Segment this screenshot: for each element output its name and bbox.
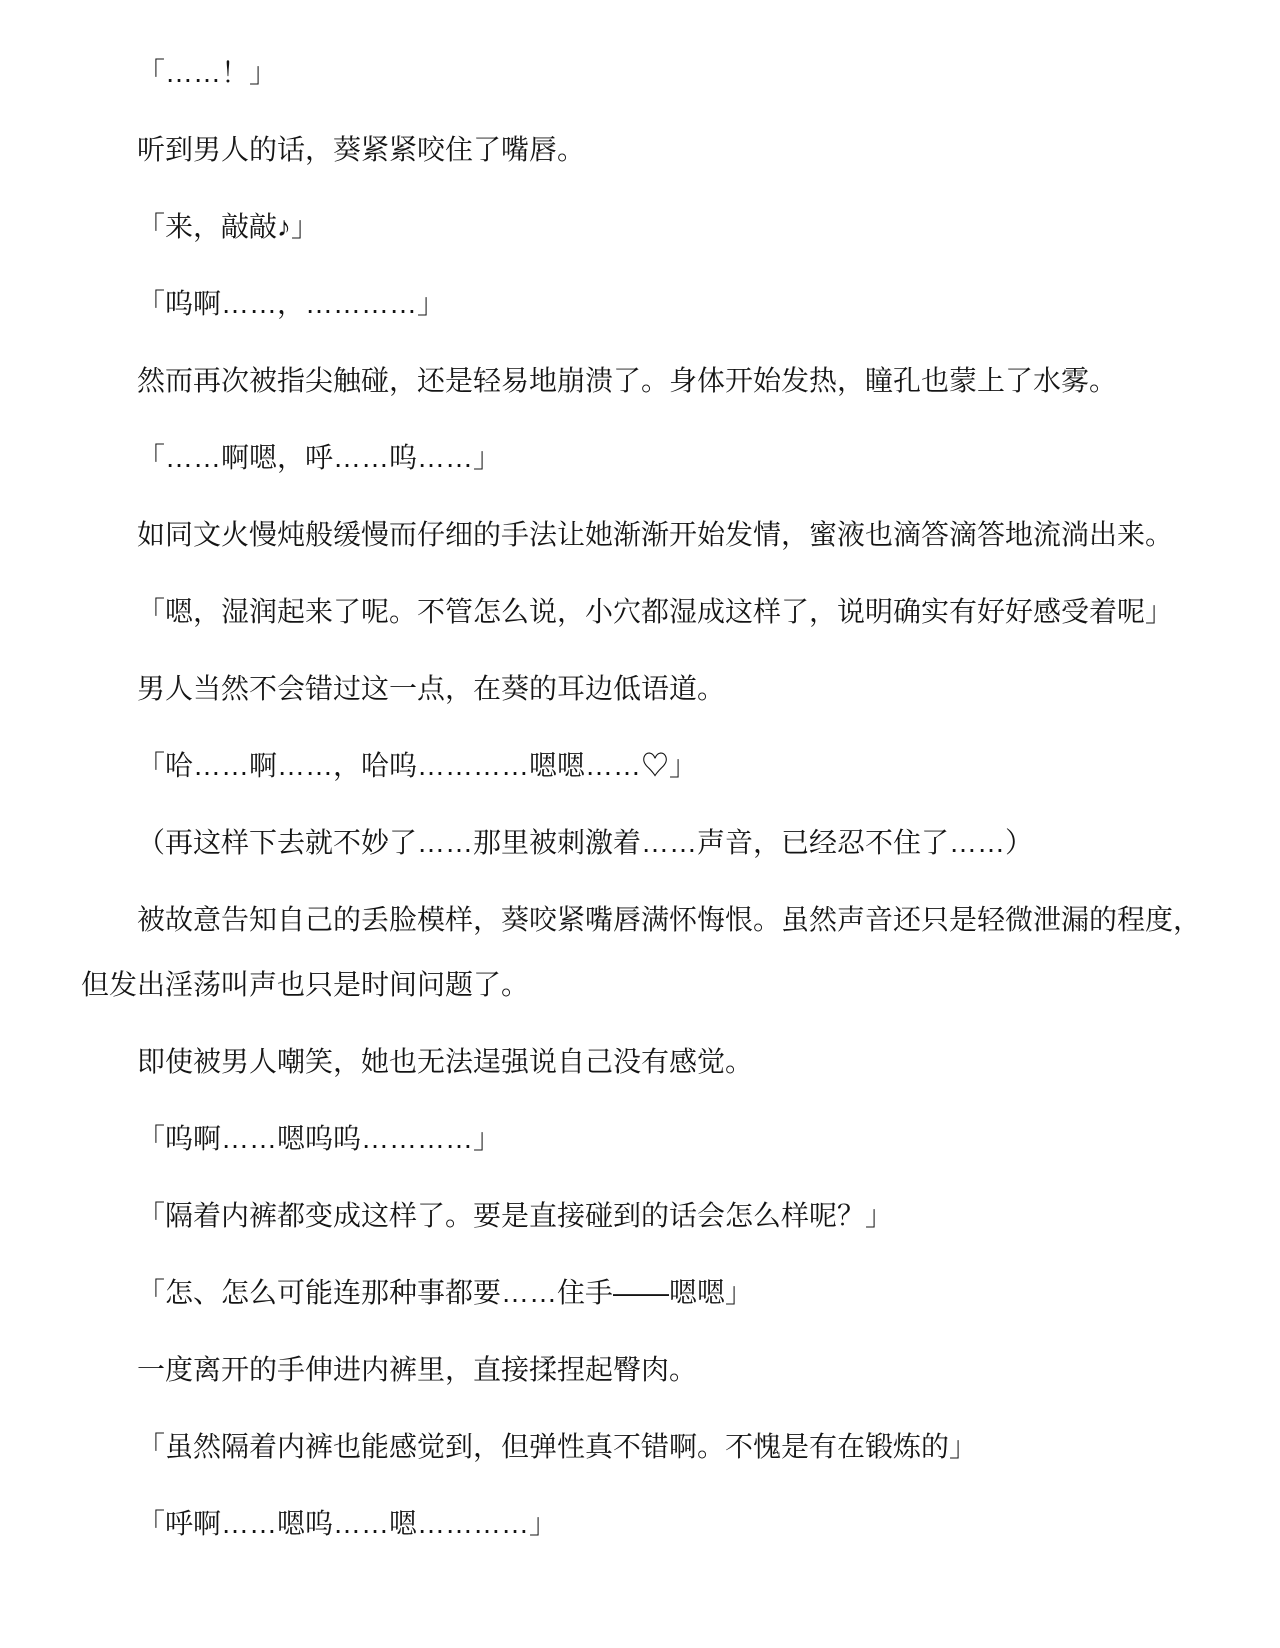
paragraph-line: 听到男人的话，葵紧紧咬住了嘴唇。 xyxy=(81,117,1215,182)
paragraph-line: 被故意告知自己的丢脸模样，葵咬紧嘴唇满怀悔恨。虽然声音还只是轻微泄漏的程度， xyxy=(81,887,1215,952)
paragraph-line: 男人当然不会错过这一点，在葵的耳边低语道。 xyxy=(81,656,1215,721)
paragraph-line: 「哈……啊……，哈呜…………嗯嗯……♡」 xyxy=(81,733,1215,798)
paragraph-line: 如同文火慢炖般缓慢而仔细的手法让她渐渐开始发情，蜜液也滴答滴答地流淌出来。 xyxy=(81,502,1215,567)
paragraph-line: 「……！」 xyxy=(81,40,1215,105)
paragraph-line: 「……啊嗯，呼……呜……」 xyxy=(81,425,1215,490)
paragraph-line: 「呼啊……嗯呜……嗯…………」 xyxy=(81,1491,1215,1556)
paragraph-line: 一度离开的手伸进内裤里，直接揉捏起臀肉。 xyxy=(81,1337,1215,1402)
paragraph-line: 「来，敲敲♪」 xyxy=(81,194,1215,259)
paragraph-line: 即使被男人嘲笑，她也无法逞强说自己没有感觉。 xyxy=(81,1029,1215,1094)
paragraph-line: 「隔着内裤都变成这样了。要是直接碰到的话会怎么样呢？」 xyxy=(81,1183,1215,1248)
novel-text-page: 「……！」听到男人的话，葵紧紧咬住了嘴唇。「来，敲敲♪」「呜啊……，…………」然… xyxy=(0,0,1280,1648)
paragraph-line: 「怎、怎么可能连那种事都要……住手——嗯嗯」 xyxy=(81,1260,1215,1325)
paragraph-line: 「虽然隔着内裤也能感觉到，但弹性真不错啊。不愧是有在锻炼的」 xyxy=(81,1414,1215,1479)
paragraph-line: 但发出淫荡叫声也只是时间问题了。 xyxy=(81,952,1215,1017)
paragraph-line: 「嗯，湿润起来了呢。不管怎么说，小穴都湿成这样了，说明确实有好好感受着呢」 xyxy=(81,579,1215,644)
paragraph-line: 然而再次被指尖触碰，还是轻易地崩溃了。身体开始发热，瞳孔也蒙上了水雾。 xyxy=(81,348,1215,413)
paragraph-line: 「呜啊……，…………」 xyxy=(81,271,1215,336)
paragraph-line: 「呜啊……嗯呜呜…………」 xyxy=(81,1106,1215,1171)
paragraph-line: （再这样下去就不妙了……那里被刺激着……声音，已经忍不住了……） xyxy=(81,810,1215,875)
